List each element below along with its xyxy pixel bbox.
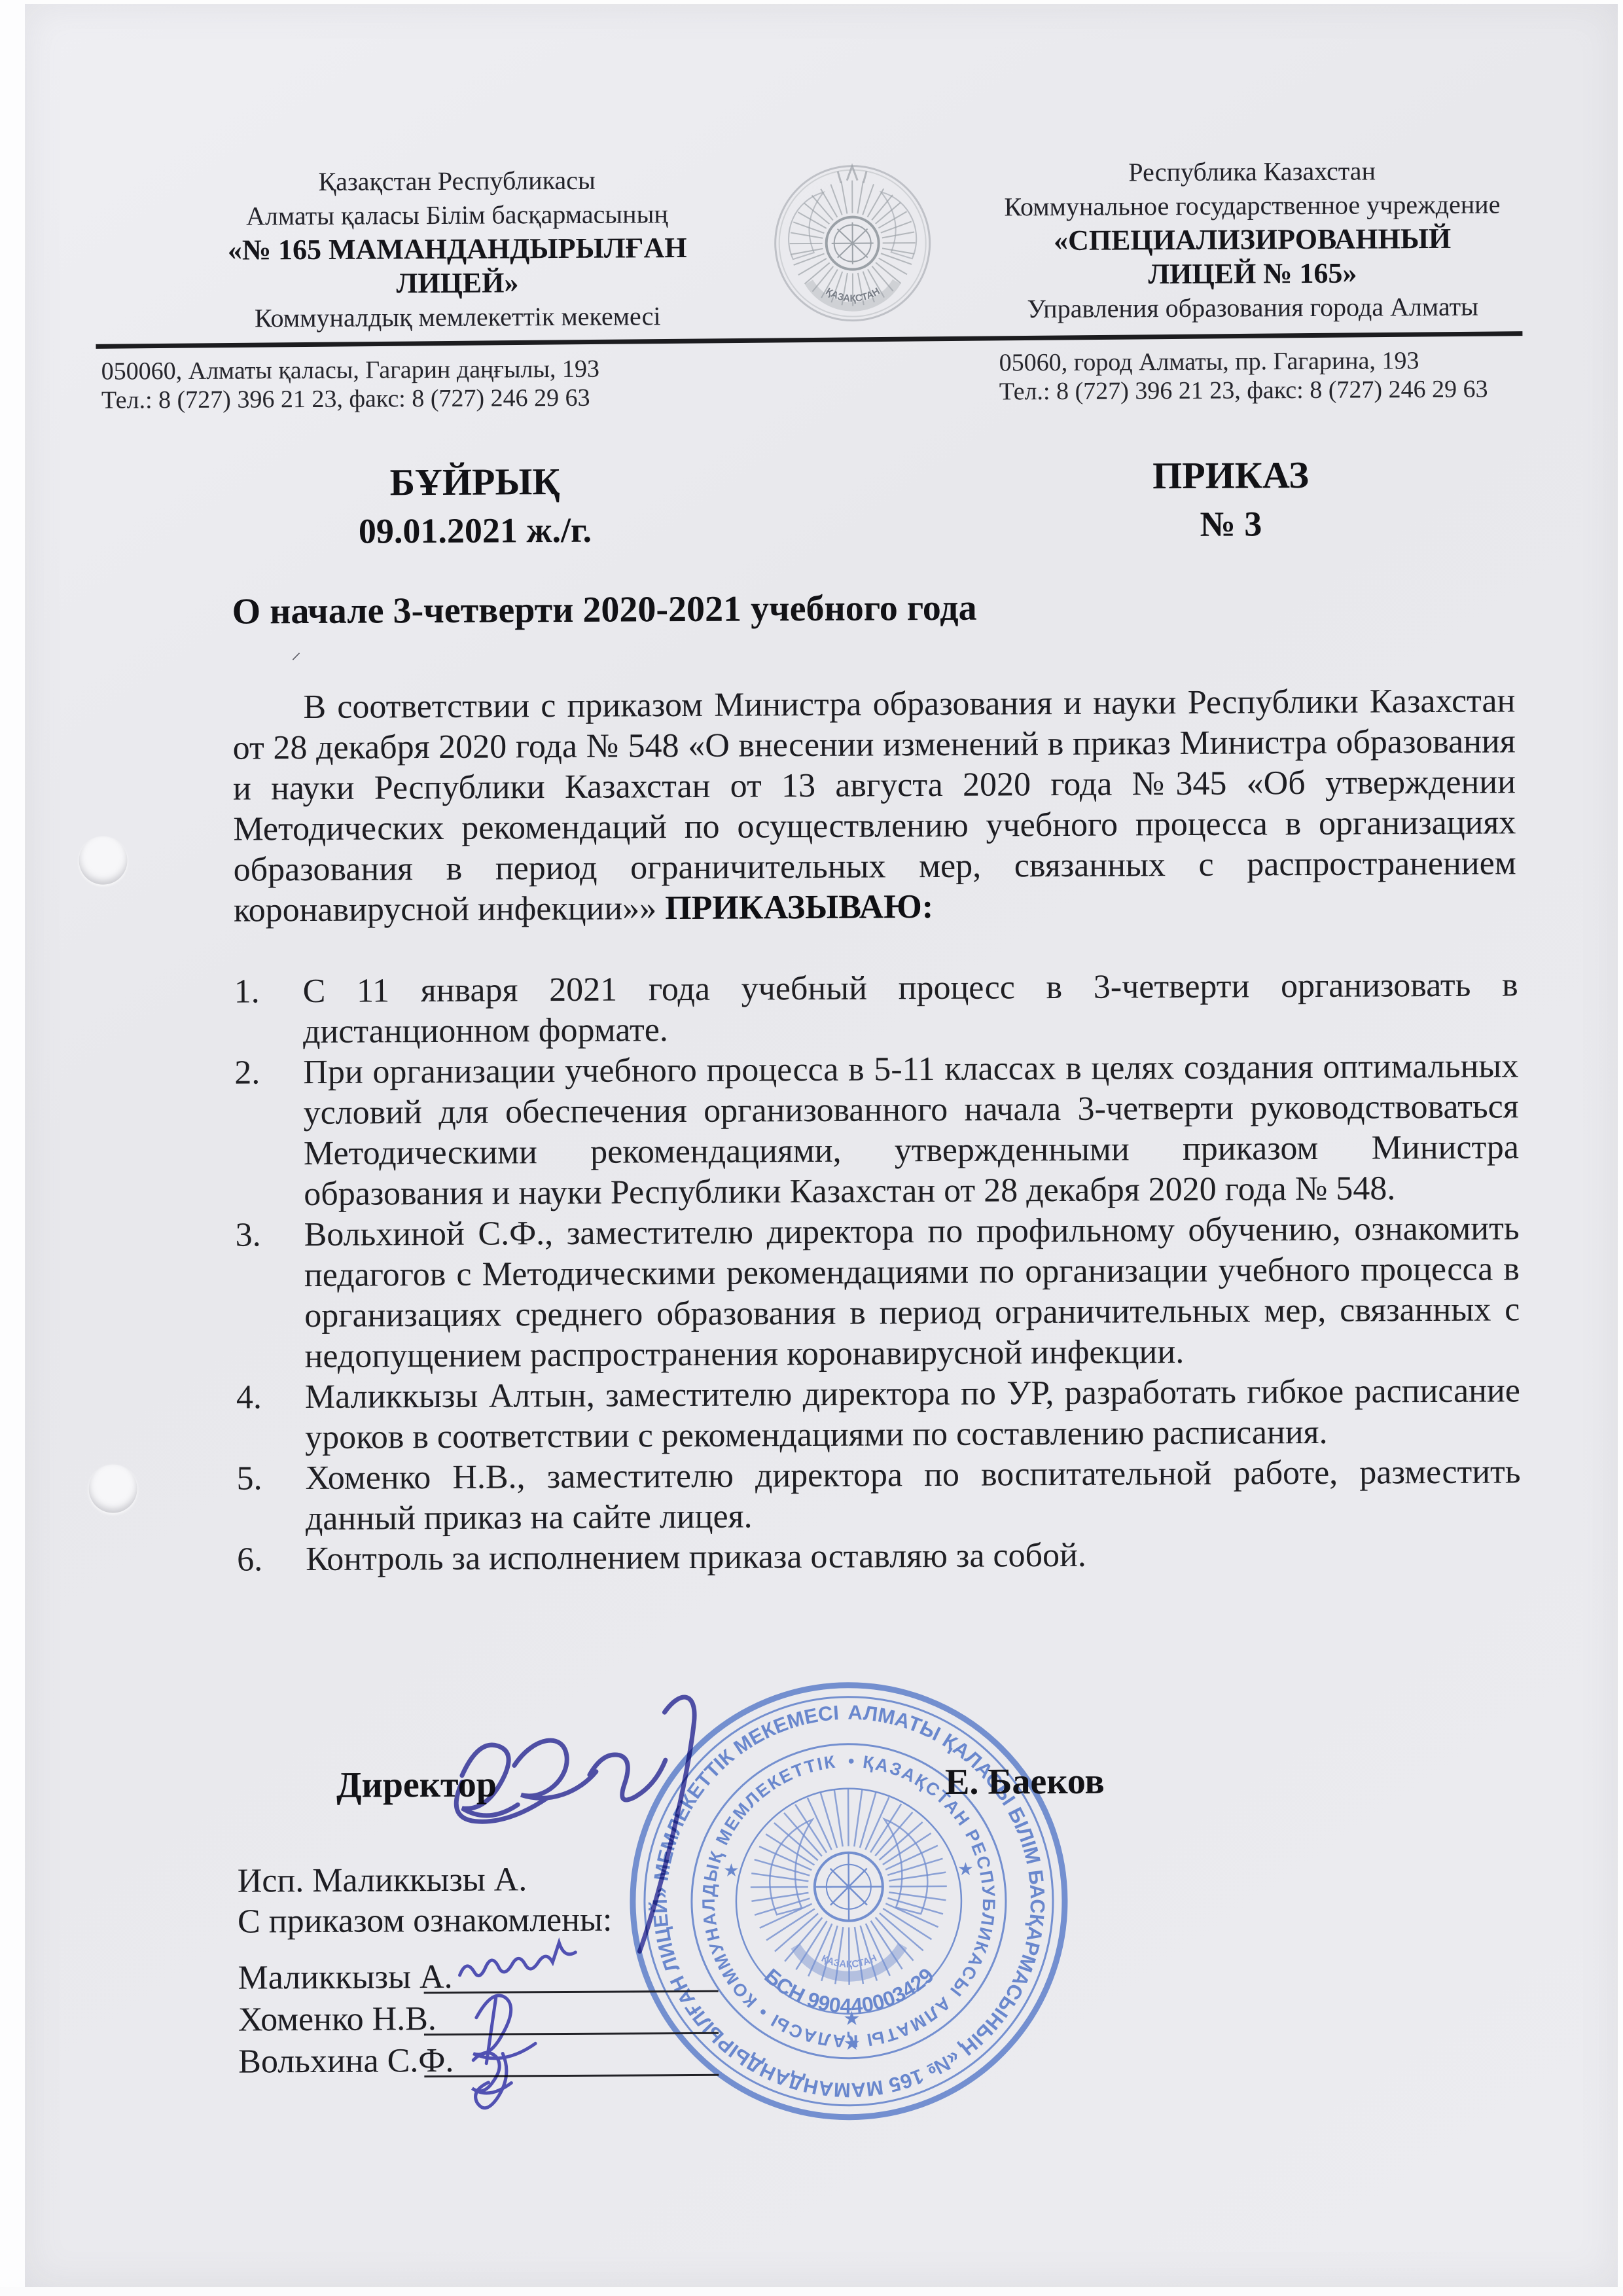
scan-speck: ⸝ bbox=[291, 637, 301, 664]
item-number: 6. bbox=[237, 1539, 306, 1581]
order-item-6: 6. Контроль за исполнением приказа остав… bbox=[237, 1533, 1521, 1580]
order-item-2: 2. При организации учебного процесса в 5… bbox=[234, 1046, 1519, 1215]
org-department-kk: Алматы қаласы Білім басқармасының bbox=[179, 197, 735, 234]
org-country-kk: Қазақстан Республикасы bbox=[179, 163, 735, 200]
item-text: Маликкызы Алтын, заместителю директора п… bbox=[305, 1371, 1521, 1458]
phone-line-ru: Тел.: 8 (727) 396 21 23, факс: 8 (727) 2… bbox=[999, 374, 1562, 406]
order-title-block-kk: БҰЙРЫҚ 09.01.2021 ж./г. bbox=[311, 460, 639, 551]
scanned-order-document: Қазақстан Республикасы Алматы қаласы Біл… bbox=[0, 0, 1623, 2296]
order-number: № 3 bbox=[1077, 503, 1385, 544]
hole-punch bbox=[79, 836, 127, 884]
order-title-kk: БҰЙРЫҚ bbox=[311, 460, 638, 504]
executor-line: Исп. Маликкызы А. bbox=[238, 1860, 527, 1901]
org-name-kk-1: «№ 165 МАМАНДАНДЫРЫЛҒАН bbox=[179, 231, 736, 268]
item-text: Контроль за исполнением приказа оставляю… bbox=[306, 1533, 1521, 1580]
address-block-kk: 050060, Алматы қаласы, Гагарин даңғылы, … bbox=[101, 354, 638, 414]
item-number: 3. bbox=[235, 1215, 304, 1256]
item-number: 4. bbox=[236, 1377, 305, 1418]
order-item-3: 3. Вольхиной С.Ф., заместителю директора… bbox=[235, 1208, 1520, 1377]
item-text: С 11 января 2021 года учебный процесс в … bbox=[302, 965, 1518, 1052]
kazakhstan-coat-of-arms-icon: ҚАЗАҚСТАН bbox=[768, 160, 937, 330]
org-type-kk: Коммуналдық мемлекеттік мекемесі bbox=[179, 299, 736, 336]
order-preamble-block: В соответствии с приказом Министра образ… bbox=[232, 681, 1516, 931]
org-name-ru-1: «СПЕЦИАЛИЗИРОВАННЫЙ bbox=[958, 221, 1547, 259]
letterhead-kazakh: Қазақстан Республикасы Алматы қаласы Біл… bbox=[179, 163, 736, 336]
order-subject: О начале 3-четверти 2020-2021 учебного г… bbox=[232, 585, 1344, 633]
address-line-ru: 05060, город Алматы, пр. Гагарина, 193 bbox=[999, 346, 1562, 378]
address-block-ru: 05060, город Алматы, пр. Гагарина, 193 Т… bbox=[999, 346, 1562, 406]
stamp-star-icon: ★ bbox=[959, 1861, 973, 1878]
order-item-4: 4. Маликкызы Алтын, заместителю директор… bbox=[236, 1371, 1521, 1458]
order-resolve-word: ПРИКАЗЫВАЮ: bbox=[665, 888, 933, 927]
acknowledgement-signatures-icon bbox=[397, 1911, 765, 2123]
order-date: 09.01.2021 ж./г. bbox=[312, 510, 639, 551]
order-item-5: 5. Хоменко Н.В., заместителю директора п… bbox=[236, 1452, 1521, 1539]
phone-line-kk: Тел.: 8 (727) 396 21 23, факс: 8 (727) 2… bbox=[101, 383, 638, 414]
item-text: Вольхиной С.Ф., заместителю директора по… bbox=[304, 1208, 1520, 1377]
item-number: 1. bbox=[234, 971, 302, 1013]
org-name-ru-2: ЛИЦЕЙ № 165» bbox=[958, 255, 1547, 293]
order-title-block-ru: ПРИКАЗ № 3 bbox=[1077, 454, 1385, 544]
item-number: 2. bbox=[234, 1052, 303, 1094]
order-items-list: 1. С 11 января 2021 года учебный процесс… bbox=[234, 965, 1521, 1580]
director-name: Е. Баеков bbox=[945, 1761, 1105, 1803]
item-text: При организации учебного процесса в 5-11… bbox=[303, 1046, 1519, 1215]
org-country-ru: Республика Казахстан bbox=[957, 153, 1546, 190]
org-department-ru: Управления образования города Алматы bbox=[958, 289, 1547, 327]
letterhead-russian: Республика Казахстан Коммунальное госуда… bbox=[957, 153, 1547, 327]
address-line-kk: 050060, Алматы қаласы, Гагарин даңғылы, … bbox=[101, 354, 638, 386]
item-text: Хоменко Н.В., заместителю директора по в… bbox=[305, 1452, 1521, 1539]
org-name-kk-2: ЛИЦЕЙ» bbox=[179, 265, 736, 302]
hole-punch bbox=[88, 1464, 137, 1513]
org-type-ru: Коммунальное государственное учреждение bbox=[957, 187, 1546, 224]
order-item-1: 1. С 11 января 2021 года учебный процесс… bbox=[234, 965, 1518, 1052]
item-number: 5. bbox=[236, 1458, 305, 1499]
order-title-ru: ПРИКАЗ bbox=[1077, 454, 1384, 497]
